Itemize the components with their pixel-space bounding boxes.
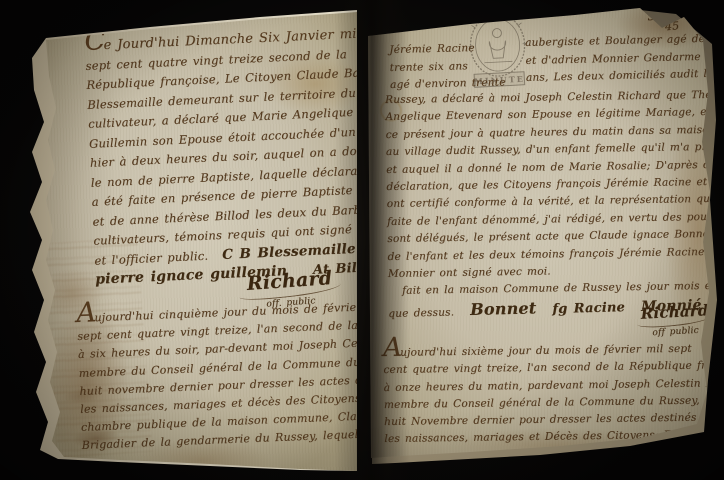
manuscript-photo: Ce Jourd'hui Dimanche Six Janvier mil se… [0,0,724,480]
signature-racine: fg Racine [552,300,625,317]
right-entry-1: Russey, a déclaré à moi Joseph Celestin … [385,87,710,301]
left-entry-1: Ce Jourd'hui Dimanche Six Janvier mil se… [84,19,375,290]
right-entry-2: Aujourd'hui sixième jour du mois de févr… [383,335,708,448]
closing-text: que dessus. [388,306,454,320]
right-entry-1-wrapped-lines: Jérémie Racine aubergiste et Boulanger a… [389,31,700,91]
binding-thread [350,457,401,478]
left-entry-2: Aujourd'hui cinquième jour du mois de fé… [76,292,374,455]
line-right: ans, Les deux domiciliés audit lieu de [526,65,724,87]
signature-bonnet: Bonnet [470,298,537,319]
